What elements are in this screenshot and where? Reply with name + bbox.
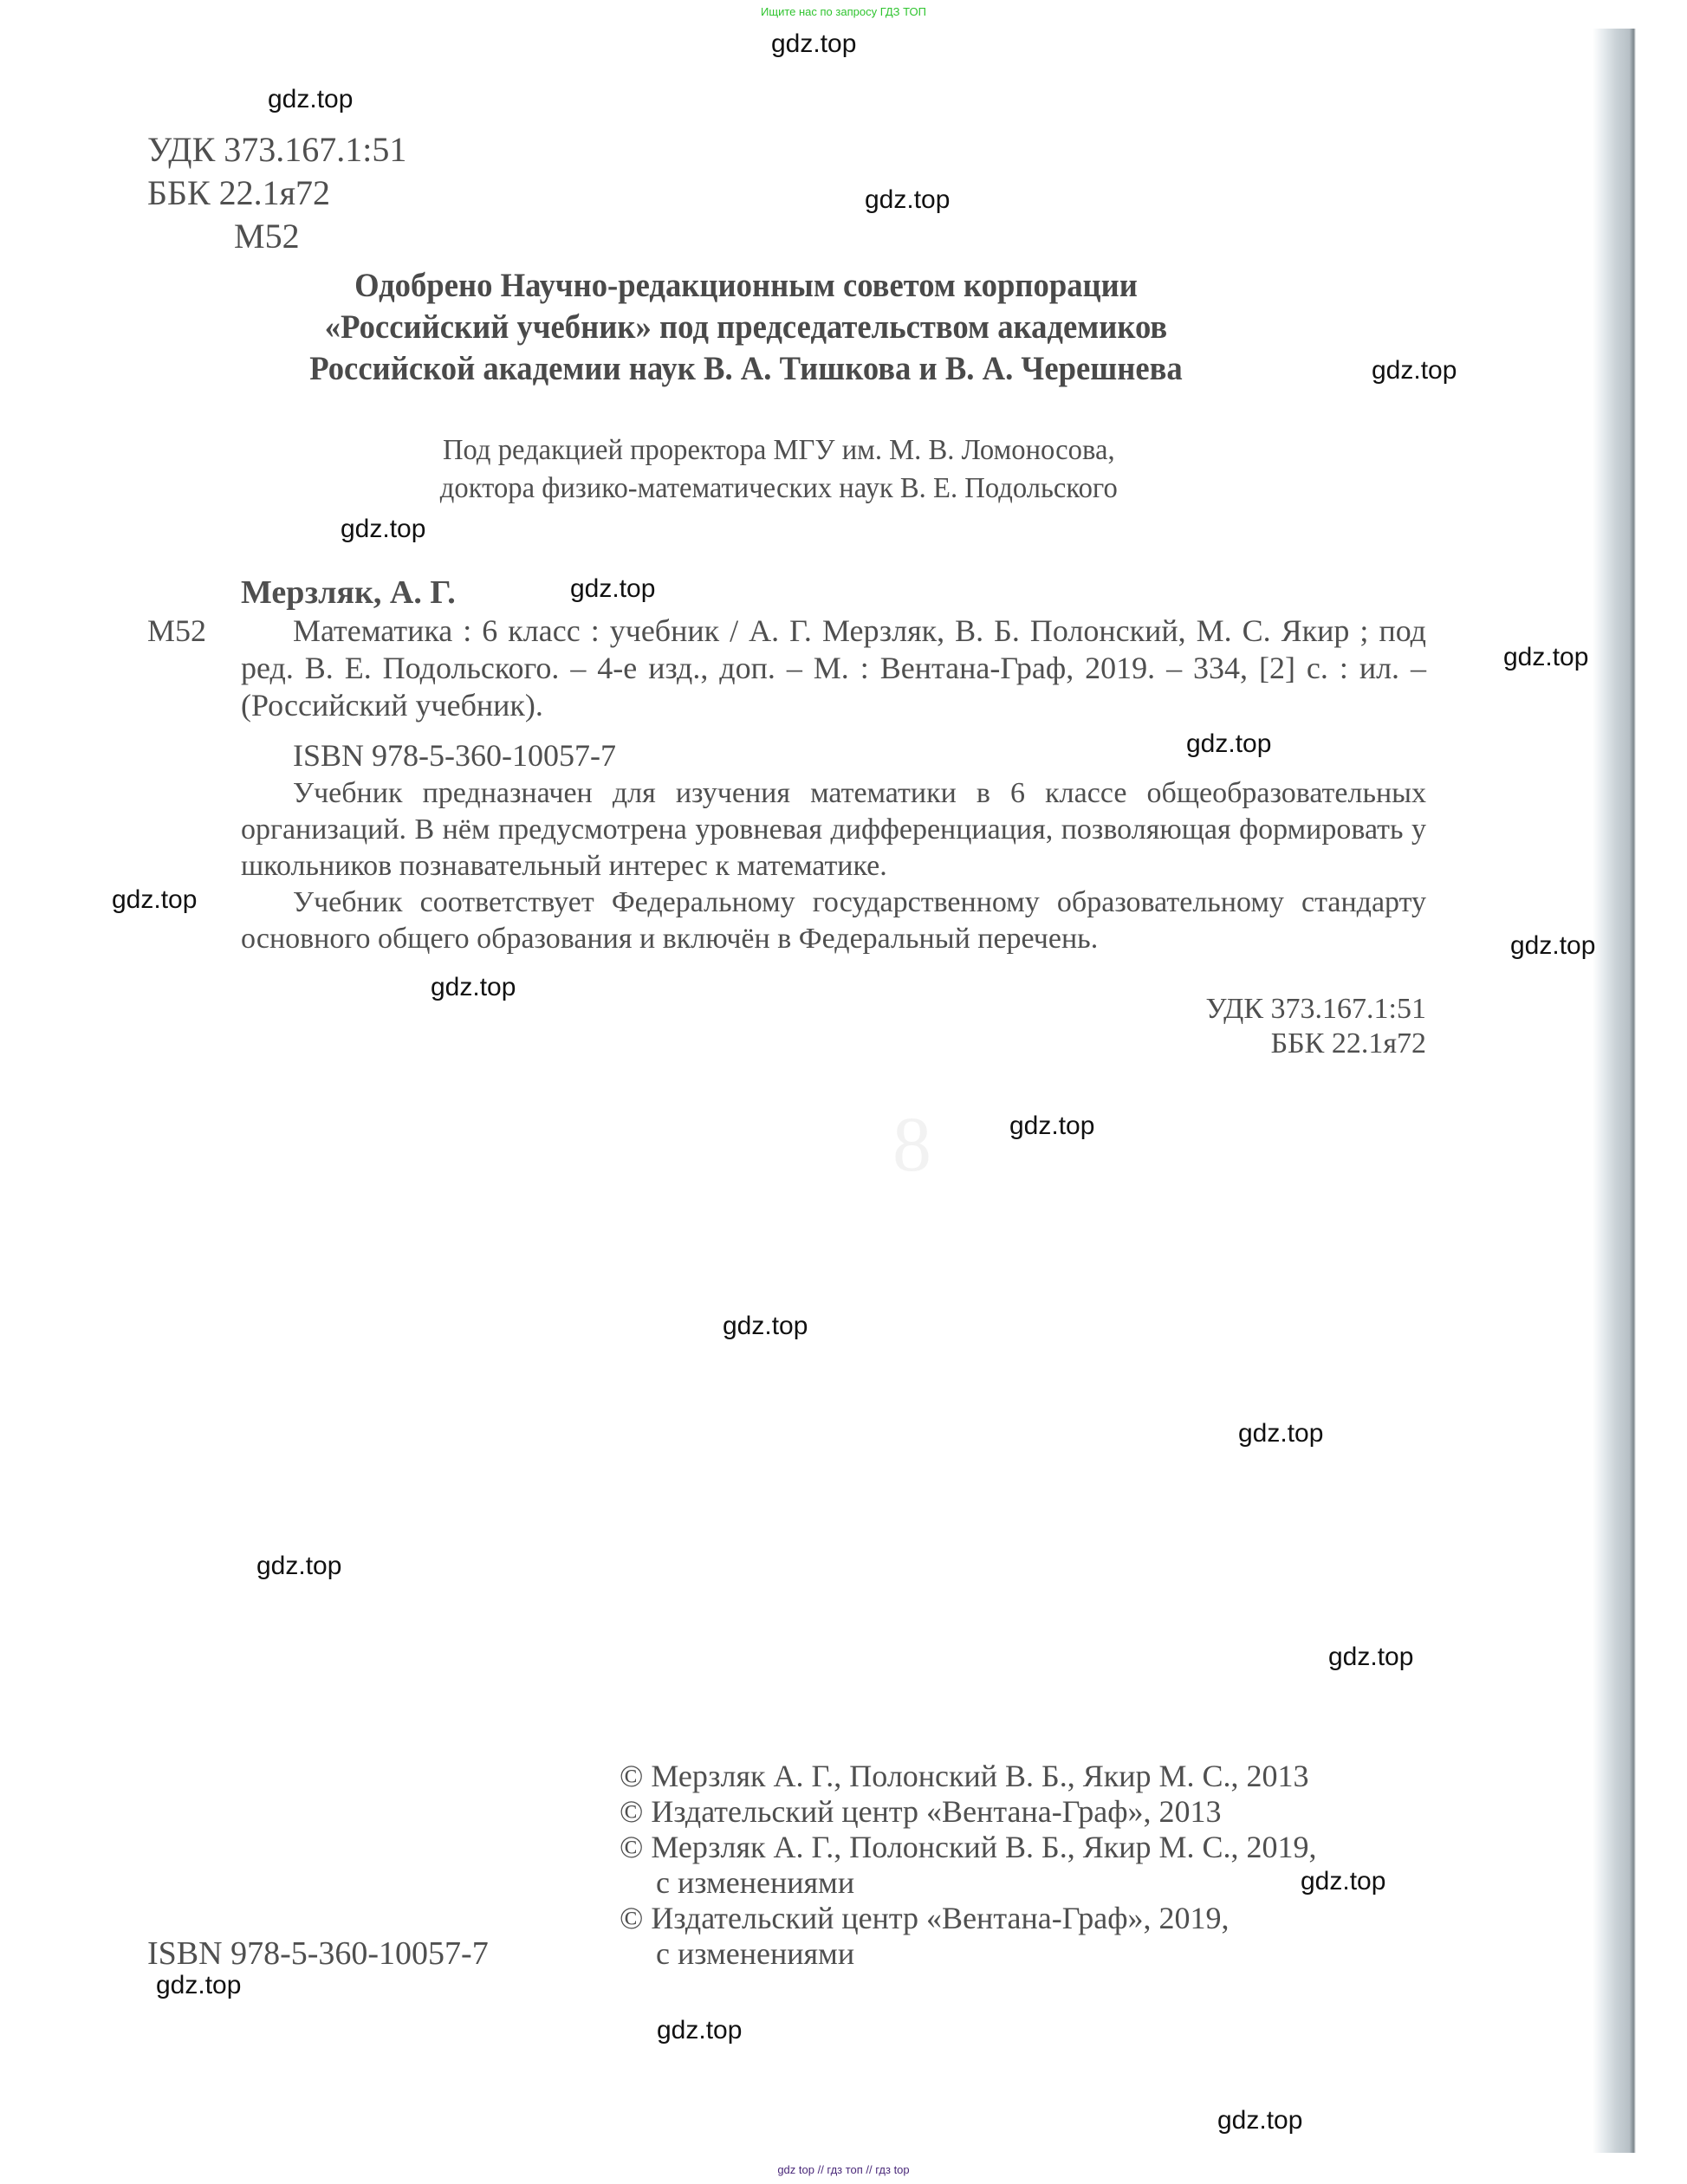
watermark-text: gdz.top	[771, 31, 856, 57]
classification-codes: УДК 373.167.1:51 ББК 22.1я72 М52	[147, 128, 406, 258]
show-through-mark: 8	[892, 1100, 931, 1189]
author-mark-left: М52	[147, 612, 206, 650]
bottom-banner: gdz top // гдз топ // гдз top	[0, 2163, 1687, 2176]
abstract-paragraph: Учебник предназначен для изучения матема…	[241, 775, 1426, 885]
watermark-text: gdz.top	[341, 516, 425, 542]
watermark-text: gdz.top	[723, 1313, 808, 1339]
watermark-text: gdz.top	[1372, 358, 1457, 384]
copyright-notices: © Мерзляк А. Г., Полонский В. Б., Якир М…	[620, 1759, 1317, 1972]
copyright-line: © Мерзляк А. Г., Полонский В. Б., Якир М…	[620, 1830, 1317, 1865]
watermark-text: gdz.top	[1186, 731, 1271, 757]
author-mark: М52	[147, 215, 406, 258]
watermark-text: gdz.top	[431, 975, 516, 1001]
watermark-text: gdz.top	[268, 87, 353, 113]
editor-statement: Под редакцией проректора МГУ им. М. В. Л…	[338, 431, 1220, 508]
approval-line: Российской академии наук В. А. Тишкова и…	[217, 348, 1275, 390]
watermark-text: gdz.top	[1009, 1113, 1094, 1139]
abstract-paragraph: Учебник соответствует Федеральному госуд…	[241, 885, 1426, 957]
classification-codes-right: УДК 373.167.1:51 ББК 22.1я72	[1126, 992, 1426, 1061]
watermark-text: gdz.top	[570, 576, 655, 602]
editor-line: Под редакцией проректора МГУ им. М. В. Л…	[338, 431, 1220, 470]
top-banner: Ищите нас по запросу ГДЗ ТОП	[0, 5, 1687, 18]
watermark-text: gdz.top	[1238, 1421, 1323, 1447]
watermark-text: gdz.top	[1217, 2108, 1302, 2134]
watermark-text: gdz.top	[112, 887, 197, 913]
copyright-continuation: с изменениями	[620, 1865, 1317, 1901]
copyright-line: © Мерзляк А. Г., Полонский В. Б., Якир М…	[620, 1759, 1317, 1794]
copyright-line: © Издательский центр «Вентана-Граф», 201…	[620, 1794, 1317, 1830]
udk-code: УДК 373.167.1:51	[147, 128, 406, 172]
watermark-text: gdz.top	[865, 187, 950, 213]
author-heading: Мерзляк, А. Г.	[241, 574, 456, 612]
watermark-text: gdz.top	[1328, 1644, 1413, 1670]
editor-line: доктора физико-математических наук В. Е.…	[338, 470, 1220, 508]
approval-line: «Российский учебник» под председательств…	[217, 307, 1275, 348]
page-binding-edge	[1593, 29, 1636, 2153]
copyright-continuation: с изменениями	[620, 1936, 1317, 1972]
watermark-text: gdz.top	[156, 1973, 241, 1999]
approval-line: Одобрено Научно-редакционным советом кор…	[217, 265, 1275, 307]
watermark-text: gdz.top	[1301, 1869, 1385, 1895]
watermark-text: gdz.top	[1510, 933, 1595, 959]
abstract: Учебник предназначен для изучения матема…	[241, 775, 1426, 957]
bibliographic-description: Математика : 6 класс : учебник / А. Г. М…	[241, 612, 1426, 724]
watermark-text: gdz.top	[1503, 645, 1588, 671]
isbn-bottom: ISBN 978-5-360-10057-7	[147, 1934, 489, 1973]
bbk-code: ББК 22.1я72	[147, 172, 406, 215]
isbn: ISBN 978-5-360-10057-7	[293, 737, 616, 774]
watermark-text: gdz.top	[256, 1553, 341, 1579]
copyright-line: © Издательский центр «Вентана-Граф», 201…	[620, 1901, 1317, 1936]
watermark-text: gdz.top	[657, 2018, 742, 2044]
bbk-code: ББК 22.1я72	[1126, 1027, 1426, 1061]
approval-statement: Одобрено Научно-редакционным советом кор…	[217, 265, 1275, 390]
udk-code: УДК 373.167.1:51	[1126, 992, 1426, 1027]
